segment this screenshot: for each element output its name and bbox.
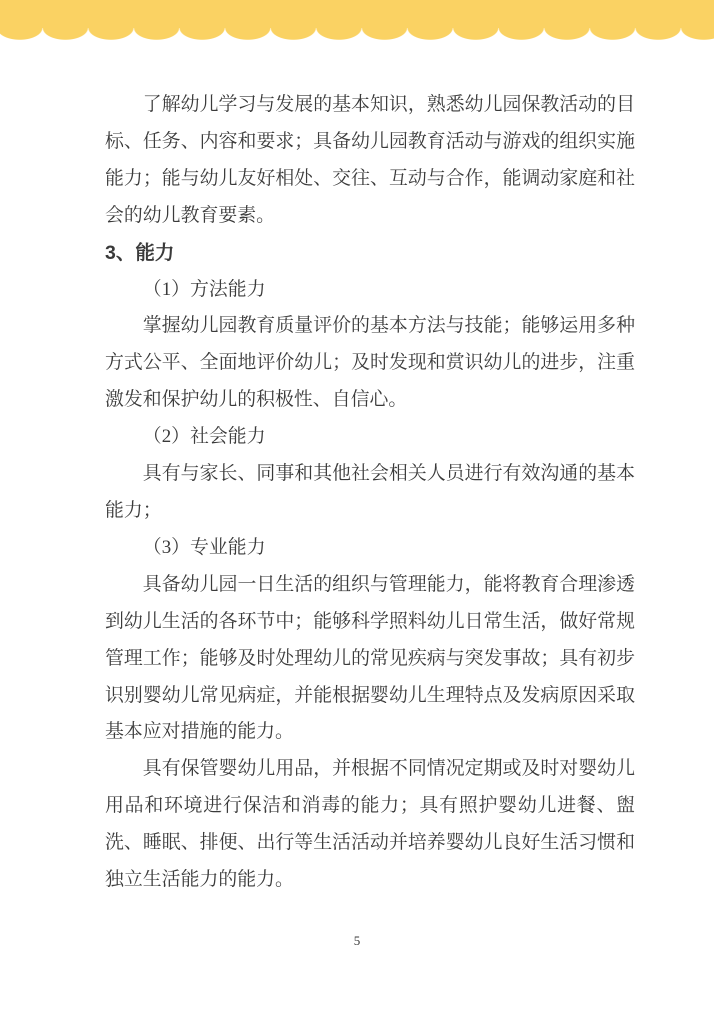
document-body: 了解幼儿学习与发展的基本知识，熟悉幼儿园保教活动的目标、任务、内容和要求；具备幼…: [105, 87, 635, 899]
paragraph: 掌握幼儿园教育质量评价的基本方法与技能；能够运用多种方式公平、全面地评价幼儿；及…: [105, 308, 635, 419]
scalloped-border-decoration: [0, 0, 714, 28]
page-number: 5: [0, 933, 714, 949]
section-heading: 3、能力: [105, 235, 635, 272]
sub-heading: （1）方法能力: [105, 272, 635, 309]
paragraph: 具有保管婴幼儿用品，并根据不同情况定期或及时对婴幼儿用品和环境进行保洁和消毒的能…: [105, 751, 635, 899]
document-page: 了解幼儿学习与发展的基本知识，熟悉幼儿园保教活动的目标、任务、内容和要求；具备幼…: [0, 0, 714, 1010]
paragraph: 了解幼儿学习与发展的基本知识，熟悉幼儿园保教活动的目标、任务、内容和要求；具备幼…: [105, 87, 635, 235]
paragraph: 具有与家长、同事和其他社会相关人员进行有效沟通的基本能力；: [105, 456, 635, 530]
sub-heading: （3）专业能力: [105, 530, 635, 567]
paragraph: 具备幼儿园一日生活的组织与管理能力，能将教育合理渗透到幼儿生活的各环节中；能够科…: [105, 567, 635, 752]
sub-heading: （2）社会能力: [105, 419, 635, 456]
